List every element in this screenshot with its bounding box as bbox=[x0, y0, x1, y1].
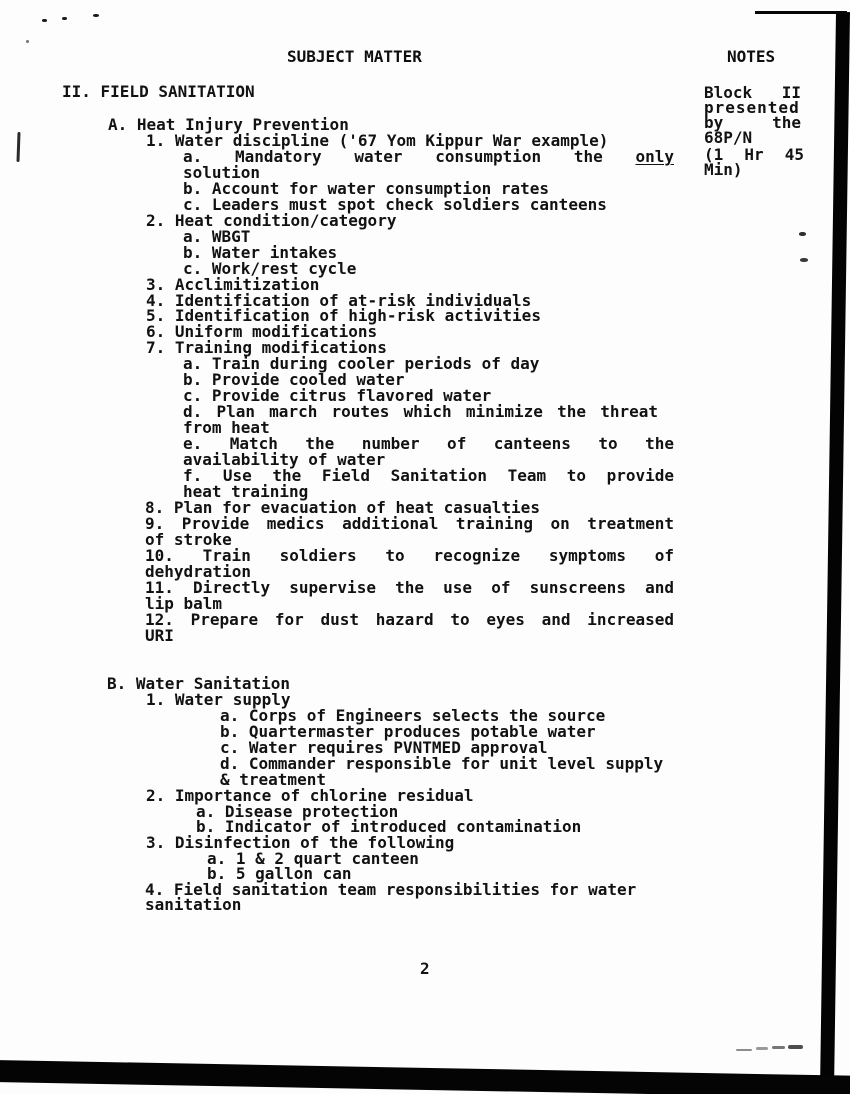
outline-text-line: 1. Water supply bbox=[146, 692, 291, 707]
outline-text-line: lip balm bbox=[145, 596, 222, 611]
scan-edge-bottom-bar bbox=[0, 1060, 850, 1094]
smudge-mark bbox=[756, 1047, 768, 1050]
outline-text-line: URI bbox=[145, 628, 174, 643]
pen-mark bbox=[16, 132, 20, 162]
outline-text-line: 3. Acclimitization bbox=[146, 277, 319, 292]
outline-text-line: b. Water intakes bbox=[183, 245, 337, 260]
outline-text-line: 9. Provide medics additional training on… bbox=[145, 516, 674, 531]
outline-text-line: f. Use the Field Sanitation Team to prov… bbox=[183, 468, 674, 483]
ink-speck bbox=[26, 40, 29, 43]
outline-text-line: d. Plan march routes which minimize the … bbox=[183, 404, 658, 419]
notes-text-line: Min) bbox=[704, 162, 743, 177]
outline-text-line: heat training bbox=[183, 484, 308, 499]
scan-speck bbox=[800, 258, 808, 262]
scan-speck bbox=[799, 232, 806, 236]
scanned-document-page: SUBJECT MATTER NOTES II. FIELD SANITATIO… bbox=[0, 0, 850, 1094]
outline-text-line: 10. Train soldiers to recognize symptoms… bbox=[145, 548, 674, 563]
outline-text-line: 6. Uniform modifications bbox=[146, 324, 377, 339]
outline-text-line: 3. Disinfection of the following bbox=[146, 835, 454, 850]
outline-text-line: b. Provide cooled water bbox=[183, 372, 405, 387]
outline-text-line: b. 5 gallon can bbox=[207, 866, 352, 881]
outline-text-line: b. Quartermaster produces potable water bbox=[220, 724, 596, 739]
outline-text-line: sanitation bbox=[145, 897, 241, 912]
outline-text-line: a. Train during cooler periods of day bbox=[183, 356, 539, 371]
smudge-mark bbox=[736, 1049, 752, 1051]
outline-text-line: II. FIELD SANITATION bbox=[62, 84, 255, 99]
outline-text-line: availability of water bbox=[183, 452, 385, 467]
outline-text-line: a. Mandatory water consumption the only bbox=[183, 149, 674, 164]
outline-text-line: 2. Heat condition/category bbox=[146, 213, 396, 228]
outline-text-line: b. Indicator of introduced contamination bbox=[196, 819, 581, 834]
outline-text-line: B. Water Sanitation bbox=[107, 676, 290, 691]
outline-text-line: a. Corps of Engineers selects the source bbox=[220, 708, 605, 723]
outline-text-line: c. Work/rest cycle bbox=[183, 261, 356, 276]
smudge-mark bbox=[772, 1046, 785, 1049]
ink-speck bbox=[93, 14, 99, 17]
scan-edge-right-strip bbox=[820, 12, 850, 1078]
page-number: 2 bbox=[420, 959, 430, 978]
outline-text-line: c. Provide citrus flavored water bbox=[183, 388, 491, 403]
column-header-subject-matter: SUBJECT MATTER bbox=[287, 49, 422, 64]
ink-speck bbox=[42, 19, 47, 22]
outline-text-line: a. WBGT bbox=[183, 229, 250, 244]
outline-text-line: dehydration bbox=[145, 564, 251, 579]
outline-text-line: 11. Directly supervise the use of sunscr… bbox=[145, 580, 674, 595]
column-header-notes: NOTES bbox=[727, 49, 775, 64]
ink-speck bbox=[62, 17, 67, 20]
outline-text-line: 2. Importance of chlorine residual bbox=[146, 788, 474, 803]
outline-text-line: from heat bbox=[183, 420, 270, 435]
outline-text-line: A. Heat Injury Prevention bbox=[108, 117, 349, 132]
underlined-word: only bbox=[635, 147, 674, 166]
outline-text-line: c. Leaders must spot check soldiers cant… bbox=[183, 197, 607, 212]
outline-text-line: c. Water requires PVNTMED approval bbox=[220, 740, 548, 755]
smudge-mark bbox=[788, 1045, 803, 1049]
outline-text-line: 1. Water discipline ('67 Yom Kippur War … bbox=[146, 133, 608, 148]
outline-text-line: 7. Training modifications bbox=[146, 340, 387, 355]
scan-edge-top-line bbox=[755, 11, 847, 14]
outline-text-line: 5. Identification of high-risk activitie… bbox=[146, 308, 541, 323]
outline-text-line: e. Match the number of canteens to the bbox=[183, 436, 674, 451]
outline-text-line: of stroke bbox=[145, 532, 232, 547]
outline-text-line: solution bbox=[183, 165, 260, 180]
outline-text-line: & treatment bbox=[220, 772, 326, 787]
outline-text-line: d. Commander responsible for unit level … bbox=[220, 756, 663, 771]
outline-text-line: 8. Plan for evacuation of heat casualtie… bbox=[145, 500, 540, 515]
outline-text-line: b. Account for water consumption rates bbox=[183, 181, 549, 196]
outline-text-line: 12. Prepare for dust hazard to eyes and … bbox=[145, 612, 674, 627]
notes-text-line: 68P/N bbox=[704, 130, 752, 145]
